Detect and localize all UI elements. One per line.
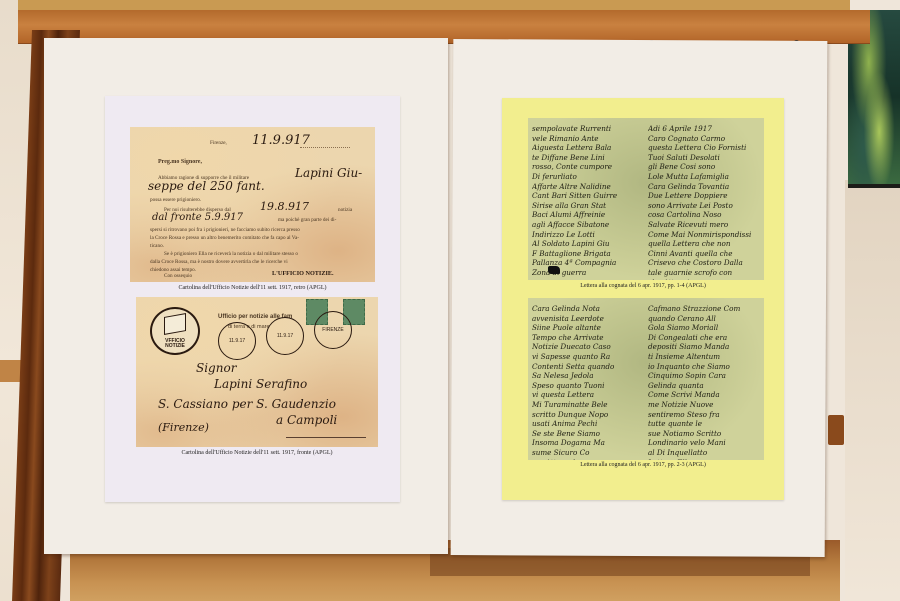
letter-line: agli Affacce Sibatone [532, 220, 644, 230]
letter-line: al Di Inquellatto [648, 448, 760, 458]
letter-line: Gelinda quanta [648, 381, 760, 391]
letter-line: Lettere Ella [648, 458, 760, 461]
letter-line: usati Anima Pechi [532, 419, 644, 429]
printed-line: ticano. [150, 243, 164, 249]
caption-letter-pages-2-3: Lettera alla cognata del 6 apr. 1917, pp… [502, 462, 784, 468]
letter-line: Speso quanto Tuoni [532, 381, 644, 391]
letter-line: ti Insieme Altentum [648, 352, 760, 362]
handwritten-from: dal fronte 5.9.917 [152, 212, 243, 223]
letter-line: Sa Nelesa Jedola [532, 371, 644, 381]
letter-line: gli Bene Cosi sono [648, 162, 760, 172]
letter-line: sue Notiamo Scritto [648, 429, 760, 439]
postmark-city: FIRENZE [322, 327, 343, 333]
salutation: Preg.mo Signore, [158, 159, 202, 165]
printed-line: la Croce Rossa e presso un altro benemer… [150, 235, 299, 241]
letter-line: Siine Puole altante [532, 323, 644, 333]
dotted-line [300, 147, 350, 148]
letter-line: quella Lettera che non [648, 239, 760, 249]
letter-line: Cinni Avanti quella che [648, 249, 760, 259]
caption-letter-pages-1-4: Lettera alla cognata del 6 apr. 1917, pp… [502, 283, 784, 289]
letter-line: Mi Turaminatte Bele [532, 400, 644, 410]
letter-line: F Battaglione Brigata [532, 249, 644, 259]
postmark: 11.9.17 [218, 322, 256, 360]
easel-clip-right [828, 415, 844, 445]
handwritten-date: 19.8.917 [260, 200, 309, 213]
postmark-date: 11.9.17 [277, 333, 293, 339]
letter-line: Aiguesta Lettera Bala [532, 143, 644, 153]
letter-line: tale guarnie scrofo con [648, 268, 760, 278]
letter-line: Baci Alumi Affreinie [532, 210, 644, 220]
letter-line: vi questa Lettera [532, 390, 644, 400]
letter-line: io Inquanto che Siamo [648, 362, 760, 372]
postcard-back: Firenze, 11.9.917 Preg.mo Signore, Abbia… [130, 127, 375, 282]
letter-line: depositi Siamo Manda [648, 342, 760, 352]
postmark: 11.9.17 [266, 317, 304, 355]
handwritten-name: Lapini Giu- [295, 166, 362, 180]
underline [286, 437, 366, 438]
letter-line: me Attorpole [532, 458, 644, 461]
gallery-wall-right [845, 180, 900, 601]
place-label: Firenze, [210, 140, 227, 146]
letter-line: Lole Mutta Lafamiglia [648, 172, 760, 182]
letter-line: scritto Dunque Nopo [532, 410, 644, 420]
letter-line: Londinario velo Mani [648, 438, 760, 448]
address-line: Signor [196, 361, 236, 375]
letter-line: Crisevo che Costoro Dalla [648, 258, 760, 268]
printed-line: dalla Croce Rossa, ma è nostro dovere av… [150, 259, 288, 265]
letter-line: avvenisita Leerdote [532, 314, 644, 324]
printed-line: Se è prigioniero Ella ne riceverà la not… [164, 251, 298, 257]
letter-line: Salvate Ricevuti mero [648, 220, 760, 230]
printed-line: ma poichè gran parte dei di- [278, 217, 336, 223]
letter-line: tutte quante le [648, 419, 760, 429]
letter-line: questa Lettera Cio Fornisti [648, 143, 760, 153]
letter-line: te Diffane Bene Lini [532, 153, 644, 163]
letter-line: Al Soldato Lapini Giu [532, 239, 644, 249]
letter-line: quando Cerano All [648, 314, 760, 324]
address-line: S. Cassiano per S. Gaudenzio [158, 397, 336, 411]
letter-line: vi Sapesse quanto Ra [532, 352, 644, 362]
letter-line: Come Mai Nonmirispondissi [648, 230, 760, 240]
letter-line: vele Rimanio Ante [532, 134, 644, 144]
letter-line: Cant Bari Sitten Guirre [532, 191, 644, 201]
letter-line: Contenti Setta quando [532, 362, 644, 372]
letter-line: che Attenzionano [648, 278, 760, 281]
handwritten-unit: seppe del 250 fant. [148, 179, 265, 193]
letter-line: cosa Cartolina Noso [648, 210, 760, 220]
letter-scan-pages-1-4: sempolavate Rurrenti vele Rimanio Ante A… [528, 118, 764, 280]
letter-line: Affarte Altre Nalidine [532, 182, 644, 192]
letter-line: Cafmano Strazzione Com [648, 304, 760, 314]
printed-line: spersi si ritrovano poi fra i prigionier… [150, 227, 300, 233]
letter-line: sempolavate Rurrenti [532, 124, 644, 134]
printed-line: possa essere prigioniero. [150, 197, 201, 203]
letter-line: Tuoi Saluti Desolati [648, 153, 760, 163]
letter-line: sono Arrivate Lei Posto [648, 201, 760, 211]
letter-right-column: Cafmano Strazzione Com quando Cerano All… [648, 304, 760, 460]
closing: Con ossequio [164, 273, 192, 279]
letter-line: sume Sicuro Co [532, 448, 644, 458]
caption-postcard-front: Cartolina dell'Ufficio Notizie dell'11 s… [136, 450, 378, 456]
postmark: FIRENZE [314, 311, 352, 349]
letter-left-column: Cara Gelinda Nota avvenisita Leerdote Si… [532, 304, 644, 460]
letter-line: Come Scrivi Manda [648, 390, 760, 400]
flag-icon [164, 313, 186, 335]
letter-line: Gola Siamo Moriall [648, 323, 760, 333]
postcard-front: VFFICIO NOTIZIE Ufficio per notizie alle… [136, 297, 378, 447]
ink-mark [548, 266, 560, 274]
address-line: (Firenze) [158, 421, 209, 434]
ufficio-notizie-logo: VFFICIO NOTIZIE [150, 307, 200, 355]
postmark-date: 11.9.17 [229, 338, 245, 344]
letter-line: Sirise alla Gran Stat [532, 201, 644, 211]
letter-scan-pages-2-3: Cara Gelinda Nota avvenisita Leerdote Si… [528, 298, 764, 460]
letter-line: sentiremo Steso fra [648, 410, 760, 420]
letter-line: Di ferurliato [532, 172, 644, 182]
letter-left-column: sempolavate Rurrenti vele Rimanio Ante A… [532, 124, 644, 278]
letter-line: Cara Gelinda Tovantia [648, 182, 760, 192]
letter-line: Di Congealati che era [648, 333, 760, 343]
logo-text: NOTIZIE [165, 344, 185, 349]
address-line: Lapini Serafino [214, 377, 307, 391]
address-line: a Campoli [276, 413, 337, 427]
letter-line: Indirizzo Le Lotti [532, 230, 644, 240]
letter-line: Tempo che Arrivate [532, 333, 644, 343]
letter-line: Se ste Bene Siamo [532, 429, 644, 439]
letter-line: Cinquimo Sopin Cara [648, 371, 760, 381]
letter-line: Adi 6 Aprile 1917 [648, 124, 760, 134]
letter-right-column: Adi 6 Aprile 1917 Caro Cognato Carmo que… [648, 124, 760, 280]
letter-line: rosso, Conte cumpore [532, 162, 644, 172]
handwritten-date: 11.9.917 [252, 133, 310, 148]
letter-line: Due Lettere Doppiere [648, 191, 760, 201]
letter-line: Notizie Duecato Caso [532, 342, 644, 352]
caption-postcard-back: Cartolina dell'Ufficio Notizie dell'11 s… [130, 285, 375, 291]
letter-line: Cara Gelinda Nota [532, 304, 644, 314]
letter-line: Insoma Dogama Ma [532, 438, 644, 448]
letter-line: me Notizie Nuove [648, 400, 760, 410]
printed-line: notizia [338, 207, 352, 213]
letter-line: Caro Cognato Carmo [648, 134, 760, 144]
signature: L'UFFICIO NOTIZIE. [272, 271, 334, 277]
